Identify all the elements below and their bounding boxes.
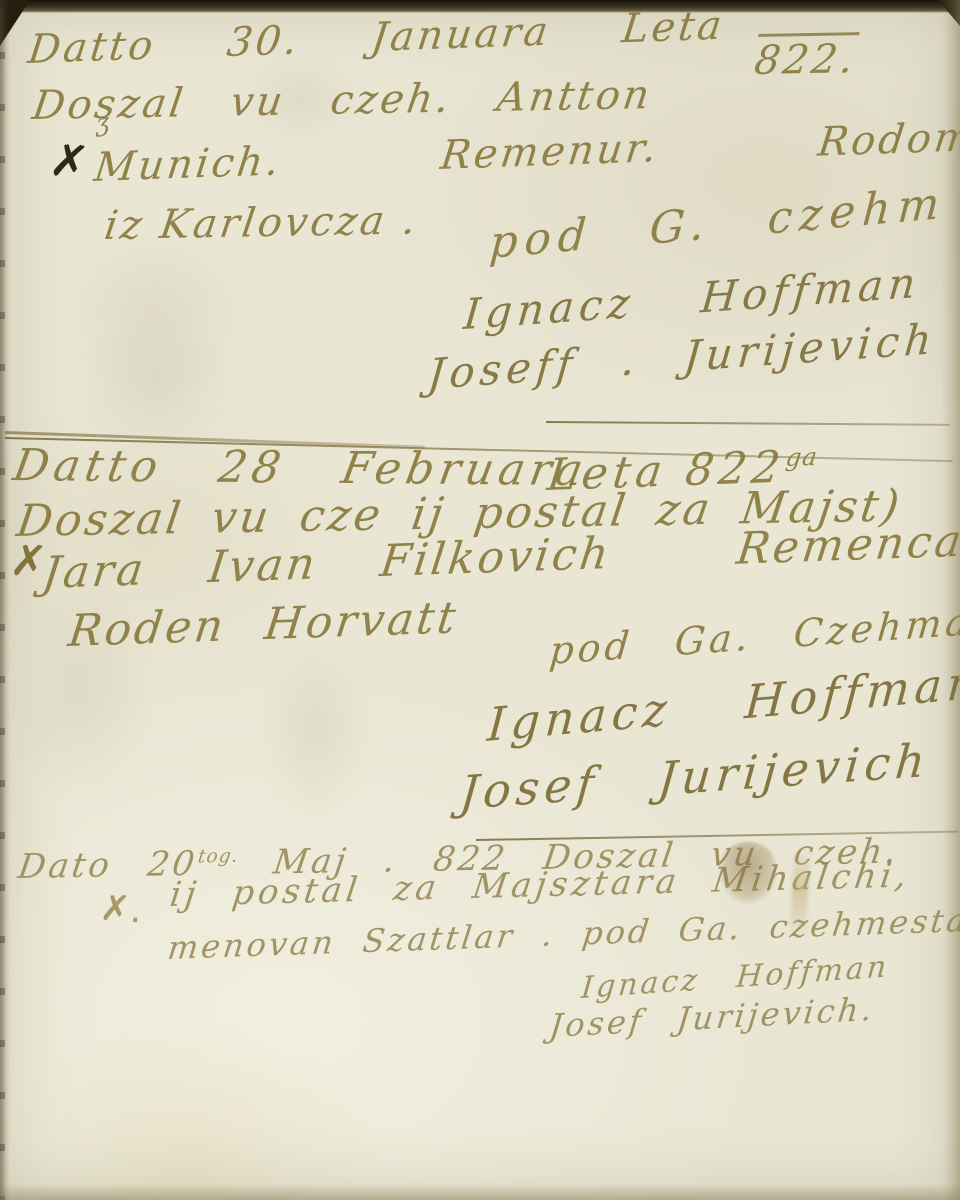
entry1-arrival-line: Doszal vu czeh. Antton: [30, 75, 655, 126]
page-left-edge-texture: [0, 0, 5, 1200]
entry1-margin-cross-icon: ✗: [47, 136, 92, 187]
entry2-date-line: Datto 28 Februara: [10, 444, 591, 493]
entry3-date-superscript: tog.: [197, 846, 241, 868]
manuscript-page: Datto 30. Januara Leta 822. Doszal vu cz…: [0, 0, 960, 1200]
entry1-insertion-mark: ʒ: [96, 109, 113, 136]
ink-showthrough: [260, 640, 370, 820]
entry2-guild-line: pod Ga. Czehmaysz: [548, 597, 960, 670]
entry1-name-line: Munich. Remenur. Rodom: [92, 117, 960, 188]
entry1-date-line: Datto 30. Januara Leta: [26, 6, 727, 70]
entry2-name-line2: Roden Horvatt: [66, 596, 461, 654]
entry1-guild-line: pod G. czehm: [488, 182, 948, 266]
entry2-year-superscript: ga: [784, 443, 819, 472]
page-bottom-edge: [0, 1184, 960, 1200]
entry1-year-overlined: 822.: [752, 32, 860, 81]
entry1-origin-line: iz Karlovcza .: [102, 200, 421, 246]
signature-underline: [546, 421, 950, 426]
entry2-signature-jurijevich: Josef Jurijevich: [458, 737, 932, 816]
entry3-margin-cross-icon: ✗.: [99, 891, 143, 930]
ink-showthrough: [70, 320, 240, 450]
